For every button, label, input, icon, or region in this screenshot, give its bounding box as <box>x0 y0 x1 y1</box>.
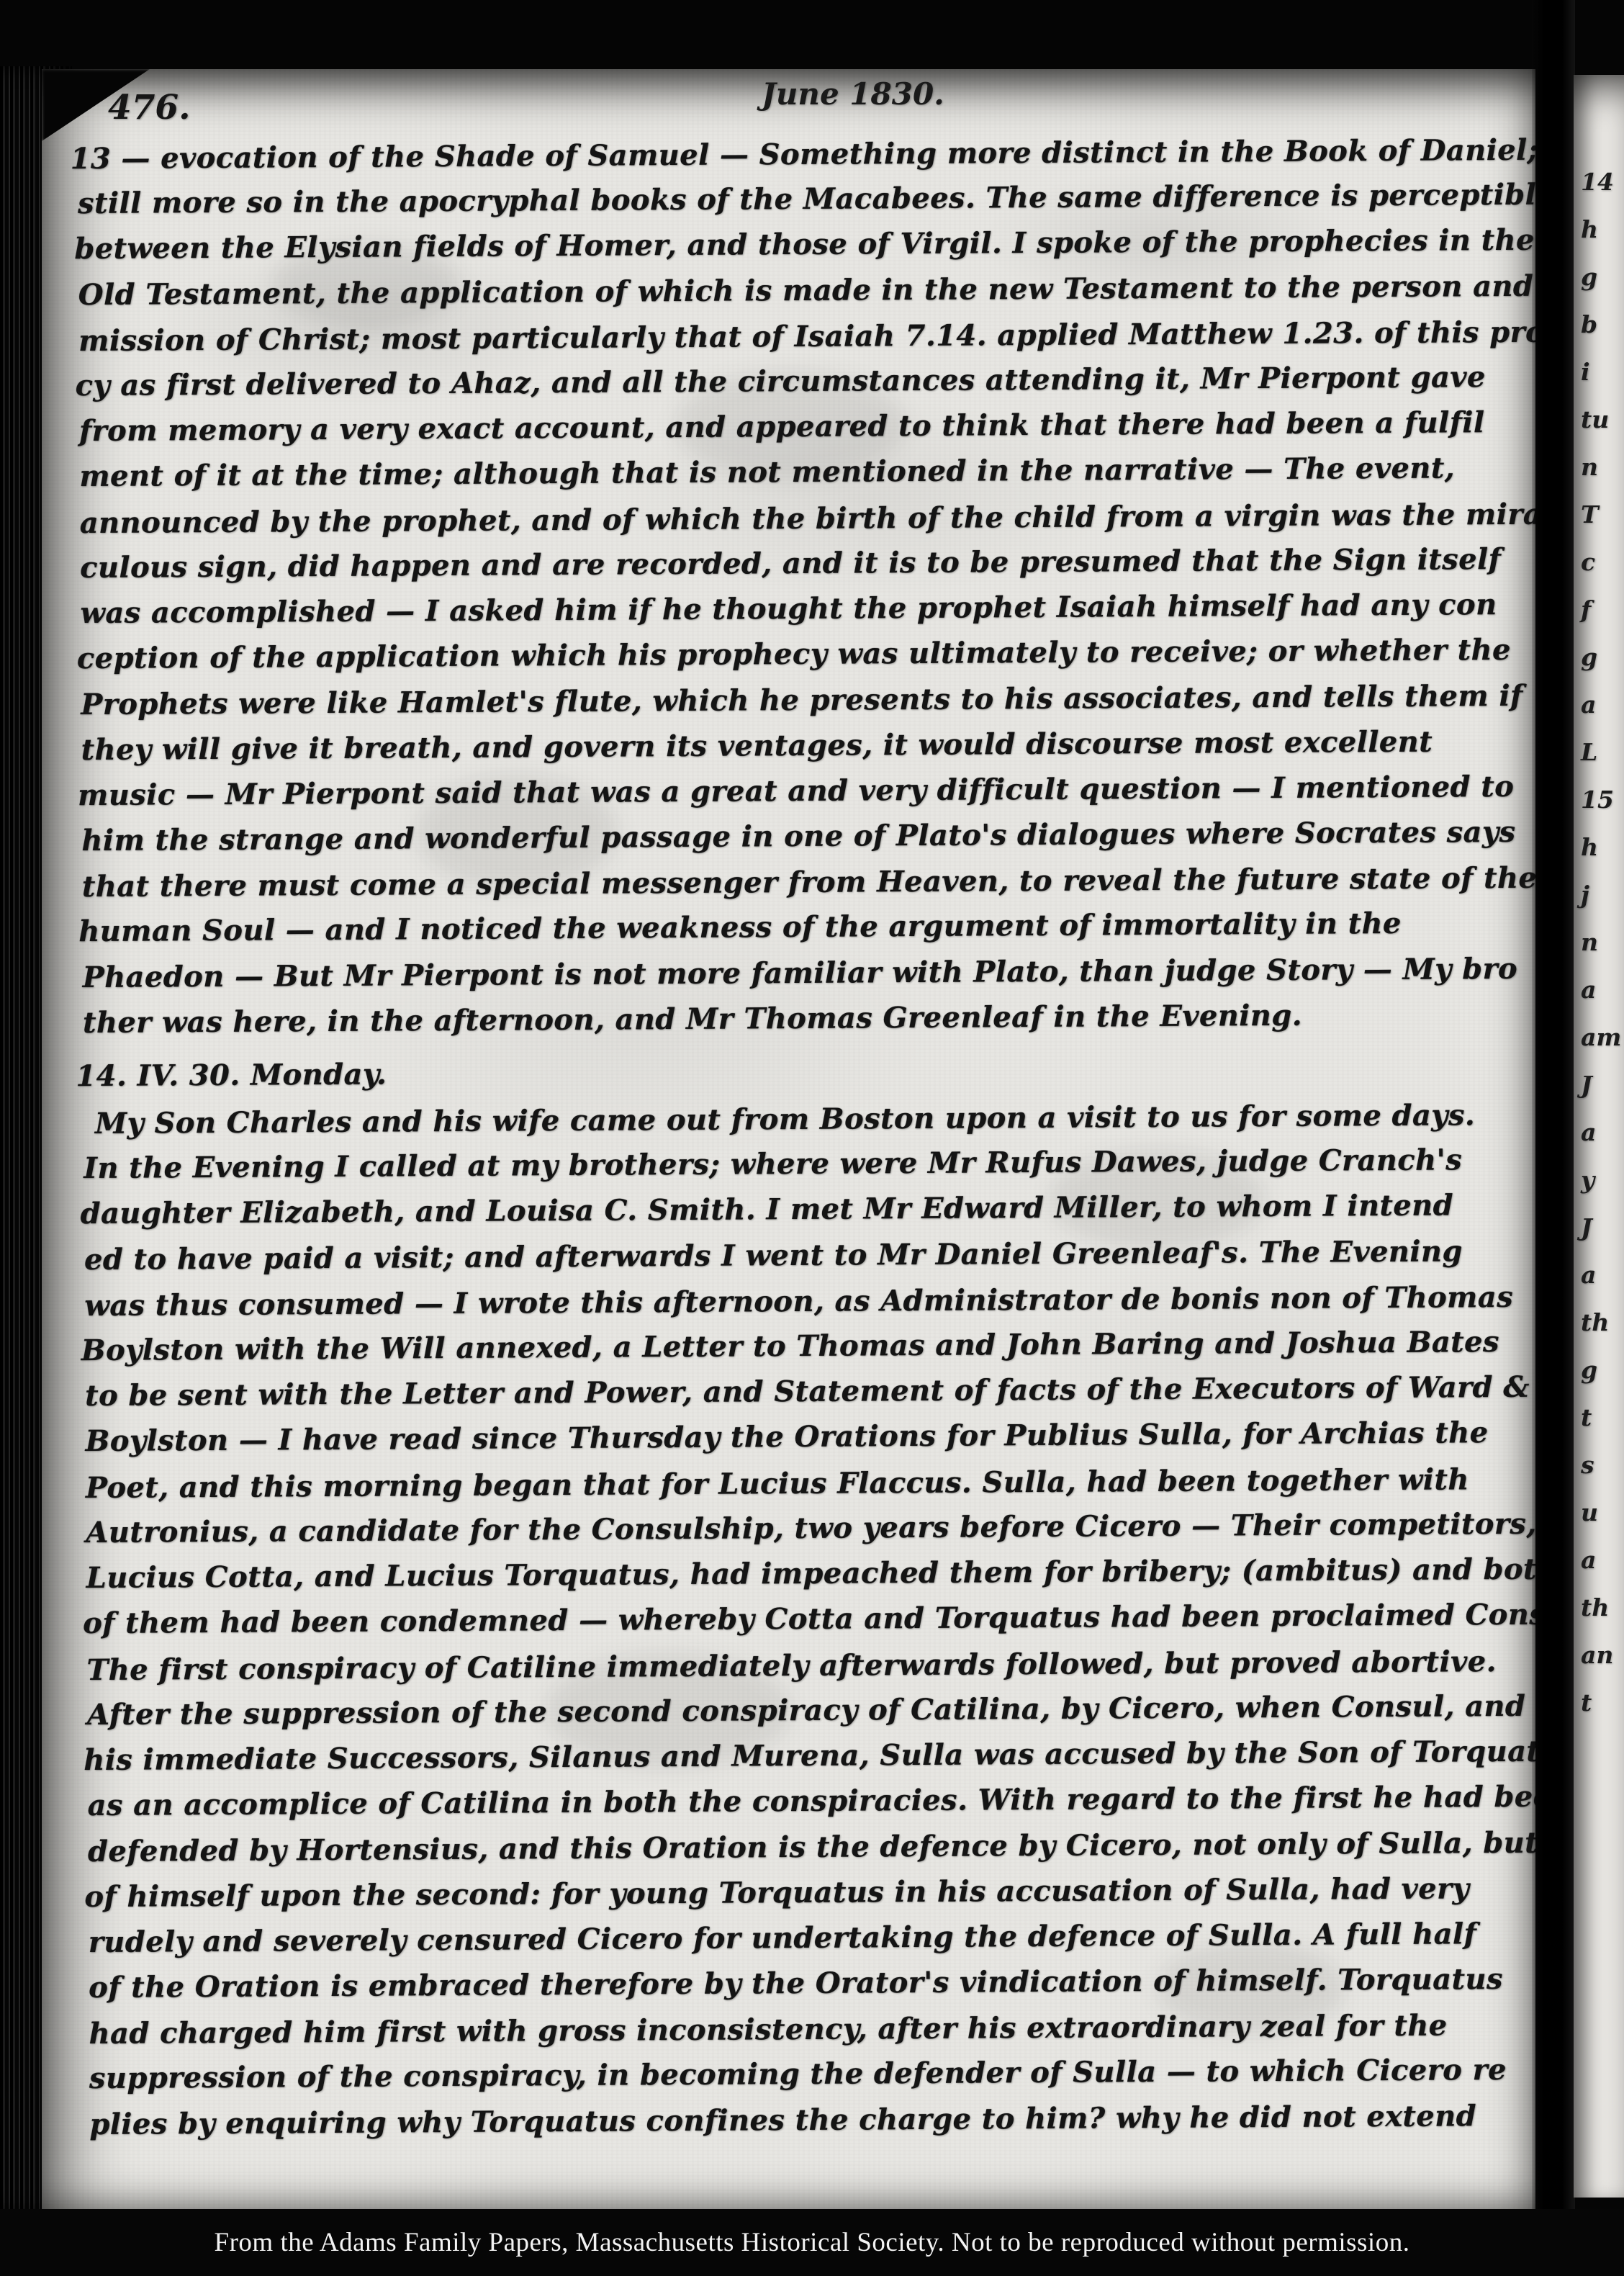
book-gutter-shadow <box>1532 0 1575 2276</box>
handwritten-line: ment of it at the time; although that is… <box>72 445 1510 499</box>
text-fragment: g <box>1581 1346 1624 1394</box>
handwritten-line: ther was here, in the afternoon, and Mr … <box>76 991 1514 1045</box>
text-fragment: L <box>1581 729 1624 776</box>
month-heading: June 1830. <box>762 79 944 109</box>
handwritten-line: announced by the prophet, and of which t… <box>73 492 1511 546</box>
text-fragment: a <box>1581 681 1624 729</box>
text-fragment: b <box>1581 301 1624 348</box>
text-fragment: y <box>1581 1156 1624 1204</box>
text-fragment: tu <box>1581 396 1624 444</box>
facing-page-text-fragments: 14hgbitunTcfgaL15hjnaamJayJathgtsuathant <box>1574 75 1624 1727</box>
text-fragment: n <box>1581 444 1624 491</box>
text-fragment: g <box>1581 634 1624 681</box>
handwritten-line: of himself upon the second: for young To… <box>77 1865 1515 1919</box>
page-number: 476. <box>108 91 190 125</box>
diary-entry-june-14: My Son Charles and his wife came out fro… <box>76 1092 1521 2147</box>
handwritten-line: plies by enquiring why Torquatus confine… <box>82 2092 1520 2146</box>
diary-text: 13 — evocation of the Shade of Samuel — … <box>70 127 1520 2147</box>
handwritten-line: music — Mr Pierpont said that was a grea… <box>71 764 1509 818</box>
text-fragment: h <box>1581 824 1624 871</box>
handwritten-line: ed to have paid a visit; and afterwards … <box>77 1228 1515 1282</box>
handwritten-line: as an accomplice of Catilina in both the… <box>80 1774 1518 1828</box>
handwritten-line: Boylston with the Will annexed, a Letter… <box>74 1319 1512 1373</box>
text-fragment: j <box>1581 871 1624 919</box>
text-fragment: a <box>1581 966 1624 1014</box>
handwritten-line: daughter Elizabeth, and Louisa C. Smith.… <box>73 1182 1511 1236</box>
handwritten-line: between the Elysian fields of Homer, and… <box>67 217 1505 271</box>
text-fragment: J <box>1581 1204 1624 1251</box>
handwritten-line: of them had been condemned — whereby Cot… <box>76 1592 1514 1646</box>
handwritten-line: 13 — evocation of the Shade of Samuel — … <box>70 127 1508 181</box>
text-fragment: T <box>1581 491 1624 539</box>
handwritten-line: My Son Charles and his wife came out fro… <box>76 1092 1515 1146</box>
text-fragment: h <box>1581 206 1624 253</box>
text-fragment: a <box>1581 1109 1624 1156</box>
text-fragment: i <box>1581 348 1624 396</box>
text-fragment: th <box>1581 1299 1624 1346</box>
entry-14-date-heading: 14. IV. 30. Monday. <box>76 1044 1514 1100</box>
caption-bar: From the Adams Family Papers, Massachuse… <box>0 2209 1624 2276</box>
text-fragment: t <box>1581 1394 1624 1441</box>
handwritten-line: The first conspiracy of Catiline immedia… <box>79 1638 1517 1692</box>
text-fragment: am <box>1581 1014 1624 1061</box>
text-fragment: t <box>1581 1679 1624 1727</box>
handwritten-line: Phaedon — But Mr Pierpont is not more fa… <box>75 946 1513 1000</box>
text-fragment: J <box>1581 1061 1624 1109</box>
manuscript-page: 476. June 1830. 13 — evocation of the Sh… <box>42 69 1535 2209</box>
text-fragment: n <box>1581 919 1624 966</box>
text-fragment: s <box>1581 1441 1624 1489</box>
text-fragment: an <box>1581 1632 1624 1679</box>
handwritten-line: Poet, and this morning began that for Lu… <box>78 1457 1517 1511</box>
diary-entry-june-13: 13 — evocation of the Shade of Samuel — … <box>70 127 1514 1045</box>
handwritten-line: cy as first delivered to Ahaz, and all t… <box>68 354 1506 408</box>
text-fragment: a <box>1581 1251 1624 1299</box>
handwritten-line: his immediate Successors, Silanus and Mu… <box>76 1729 1515 1783</box>
text-fragment: 14 <box>1581 158 1624 206</box>
handwritten-line: Prophets were like Hamlet's flute, which… <box>73 673 1512 727</box>
handwritten-line: Boylston — I have read since Thursday th… <box>78 1410 1516 1464</box>
handwritten-line: ception of the application which his pro… <box>70 627 1508 681</box>
text-fragment: th <box>1581 1584 1624 1632</box>
text-fragment: a <box>1581 1537 1624 1584</box>
text-fragment: f <box>1581 586 1624 634</box>
handwritten-line: of the Oration is embraced therefore by … <box>81 1956 1520 2010</box>
handwritten-line: had charged him first with gross inconsi… <box>81 2002 1520 2056</box>
text-fragment: c <box>1581 539 1624 586</box>
text-fragment: u <box>1581 1489 1624 1537</box>
text-fragment: g <box>1581 253 1624 301</box>
facing-page-edge: 14hgbitunTcfgaL15hjnaamJayJathgtsuathant <box>1574 75 1624 2198</box>
handwritten-line: Old Testament, the application of which … <box>71 264 1510 318</box>
handwritten-line: him the strange and wonderful passage in… <box>74 809 1512 863</box>
handwritten-line: human Soul — and I noticed the weakness … <box>71 900 1510 954</box>
text-fragment: 15 <box>1581 776 1624 824</box>
archive-caption: From the Adams Family Papers, Massachuse… <box>215 2229 1410 2256</box>
